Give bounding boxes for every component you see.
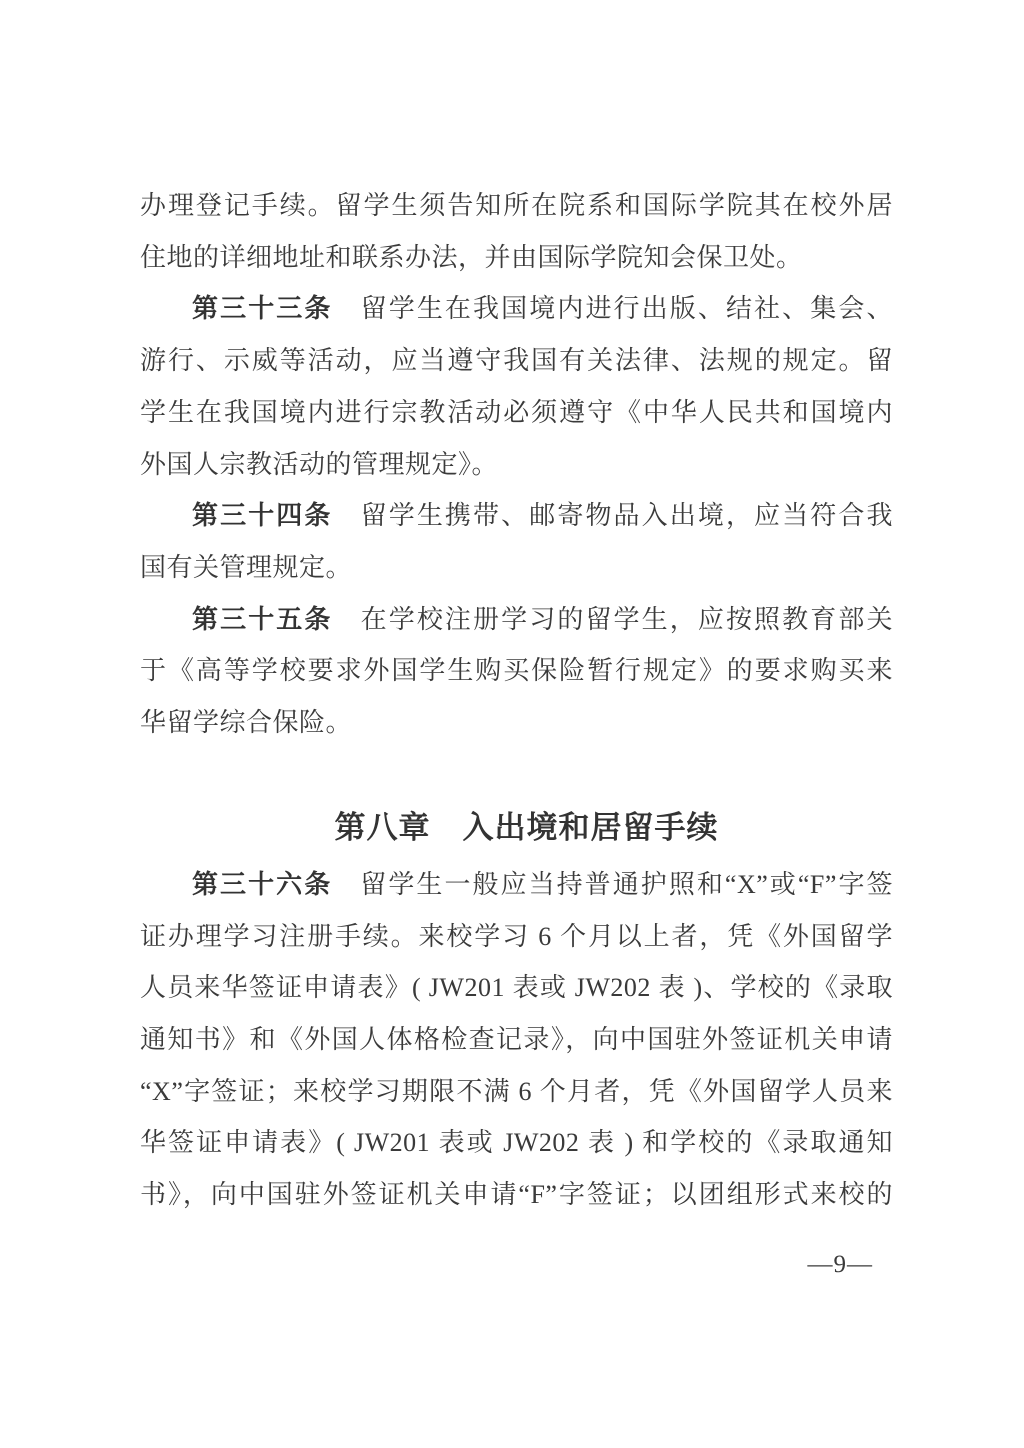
text-line-article-36: 第三十六条 留学生一般应当持普通护照和“X”或“F”字签 bbox=[140, 868, 893, 902]
article-number: 第三十四条 bbox=[192, 501, 333, 530]
text-line: 办理登记手续。留学生须告知所在院系和国际学院其在校外居 bbox=[140, 189, 893, 223]
line-text: 留学生在我国境内进行出版、结社、集会、 bbox=[333, 294, 893, 323]
line-text: 留学生一般应当持普通护照和“X”或“F”字签 bbox=[332, 870, 893, 899]
text-line: 游行、示威等活动，应当遵守我国有关法律、法规的规定。留 bbox=[140, 344, 893, 378]
document-page: 办理登记手续。留学生须告知所在院系和国际学院其在校外居 住地的详细地址和联系办法… bbox=[0, 0, 1024, 1448]
text-line-article-33: 第三十三条 留学生在我国境内进行出版、结社、集会、 bbox=[140, 292, 893, 326]
article-number: 第三十三条 bbox=[192, 294, 333, 323]
line-text: 在学校注册学习的留学生，应按照教育部关 bbox=[333, 605, 893, 634]
text-line: 华留学综合保险。 bbox=[140, 706, 893, 740]
article-number: 第三十六条 bbox=[192, 870, 332, 899]
article-number: 第三十五条 bbox=[192, 605, 333, 634]
text-line: 国有关管理规定。 bbox=[140, 551, 893, 585]
text-line: 华签证申请表》( JW201 表或 JW202 表 ) 和学校的《录取通知 bbox=[140, 1126, 893, 1160]
page-number: —9— bbox=[140, 1250, 873, 1280]
text-line: “X”字签证；来校学习期限不满 6 个月者，凭《外国留学人员来 bbox=[140, 1075, 893, 1109]
text-line: 书》，向中国驻外签证机关申请“F”字签证；以团组形式来校的 bbox=[140, 1178, 893, 1212]
chapter-heading: 第八章 入出境和居留手续 bbox=[150, 808, 903, 848]
text-line-article-35: 第三十五条 在学校注册学习的留学生，应按照教育部关 bbox=[140, 603, 893, 637]
text-line: 证办理学习注册手续。来校学习 6 个月以上者，凭《外国留学 bbox=[140, 920, 893, 954]
text-line: 人员来华签证申请表》( JW201 表或 JW202 表 )、学校的《录取 bbox=[140, 971, 893, 1005]
text-line-article-34: 第三十四条 留学生携带、邮寄物品入出境，应当符合我 bbox=[140, 499, 893, 533]
text-line: 外国人宗教活动的管理规定》。 bbox=[140, 448, 893, 482]
text-line: 学生在我国境内进行宗教活动必须遵守《中华人民共和国境内 bbox=[140, 396, 893, 430]
text-line: 于《高等学校要求外国学生购买保险暂行规定》的要求购买来 bbox=[140, 654, 893, 688]
line-text: 留学生携带、邮寄物品入出境，应当符合我 bbox=[333, 501, 893, 530]
text-line: 住地的详细地址和联系办法，并由国际学院知会保卫处。 bbox=[140, 241, 893, 275]
text-line: 通知书》和《外国人体格检查记录》，向中国驻外签证机关申请 bbox=[140, 1023, 893, 1057]
